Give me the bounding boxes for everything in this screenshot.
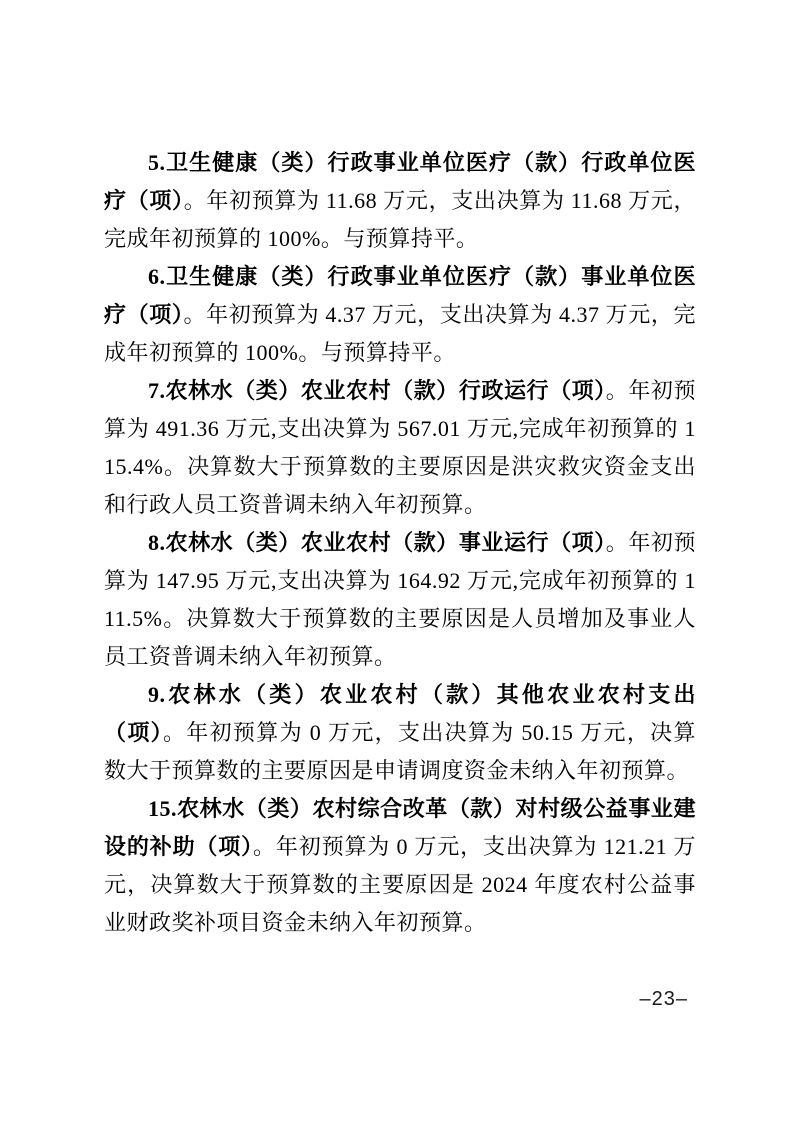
budget-item-paragraph-5: 5.卫生健康（类）行政事业单位医疗（款）行政单位医疗（项）。年初预算为 11.6… [104, 144, 696, 258]
budget-item-heading: 7.农林水（类）农业农村（款）行政运行（项） [148, 378, 606, 403]
budget-item-text: 。年初预算为 11.68 万元，支出决算为 11.68 万元，完成年初预算的 1… [104, 188, 696, 251]
budget-item-text: 。年初预算为 4.37 万元，支出决算为 4.37 万元，完成年初预算的 100… [104, 302, 696, 365]
budget-item-paragraph-8: 8.农林水（类）农业农村（款）事业运行（项）。年初预算为 147.95 万元,支… [104, 524, 696, 676]
page-number: –23– [640, 988, 689, 1011]
budget-item-paragraph-6: 6.卫生健康（类）行政事业单位医疗（款）事业单位医疗（项）。年初预算为 4.37… [104, 258, 696, 372]
budget-item-paragraph-7: 7.农林水（类）农业农村（款）行政运行（项）。年初预算为 491.36 万元,支… [104, 372, 696, 524]
document-page: 5.卫生健康（类）行政事业单位医疗（款）行政单位医疗（项）。年初预算为 11.6… [0, 0, 793, 1122]
document-body: 5.卫生健康（类）行政事业单位医疗（款）行政单位医疗（项）。年初预算为 11.6… [104, 144, 696, 942]
budget-item-paragraph-15: 15.农林水（类）农村综合改革（款）对村级公益事业建设的补助（项）。年初预算为 … [104, 790, 696, 942]
budget-item-heading: 8.农林水（类）农业农村（款）事业运行（项） [148, 530, 606, 555]
budget-item-paragraph-9: 9.农林水（类）农业农村（款）其他农业农村支出（项）。年初预算为 0 万元，支出… [104, 676, 696, 790]
budget-item-text: 。年初预算为 0 万元，支出决算为 50.15 万元，决算数大于预算数的主要原因… [104, 720, 696, 783]
